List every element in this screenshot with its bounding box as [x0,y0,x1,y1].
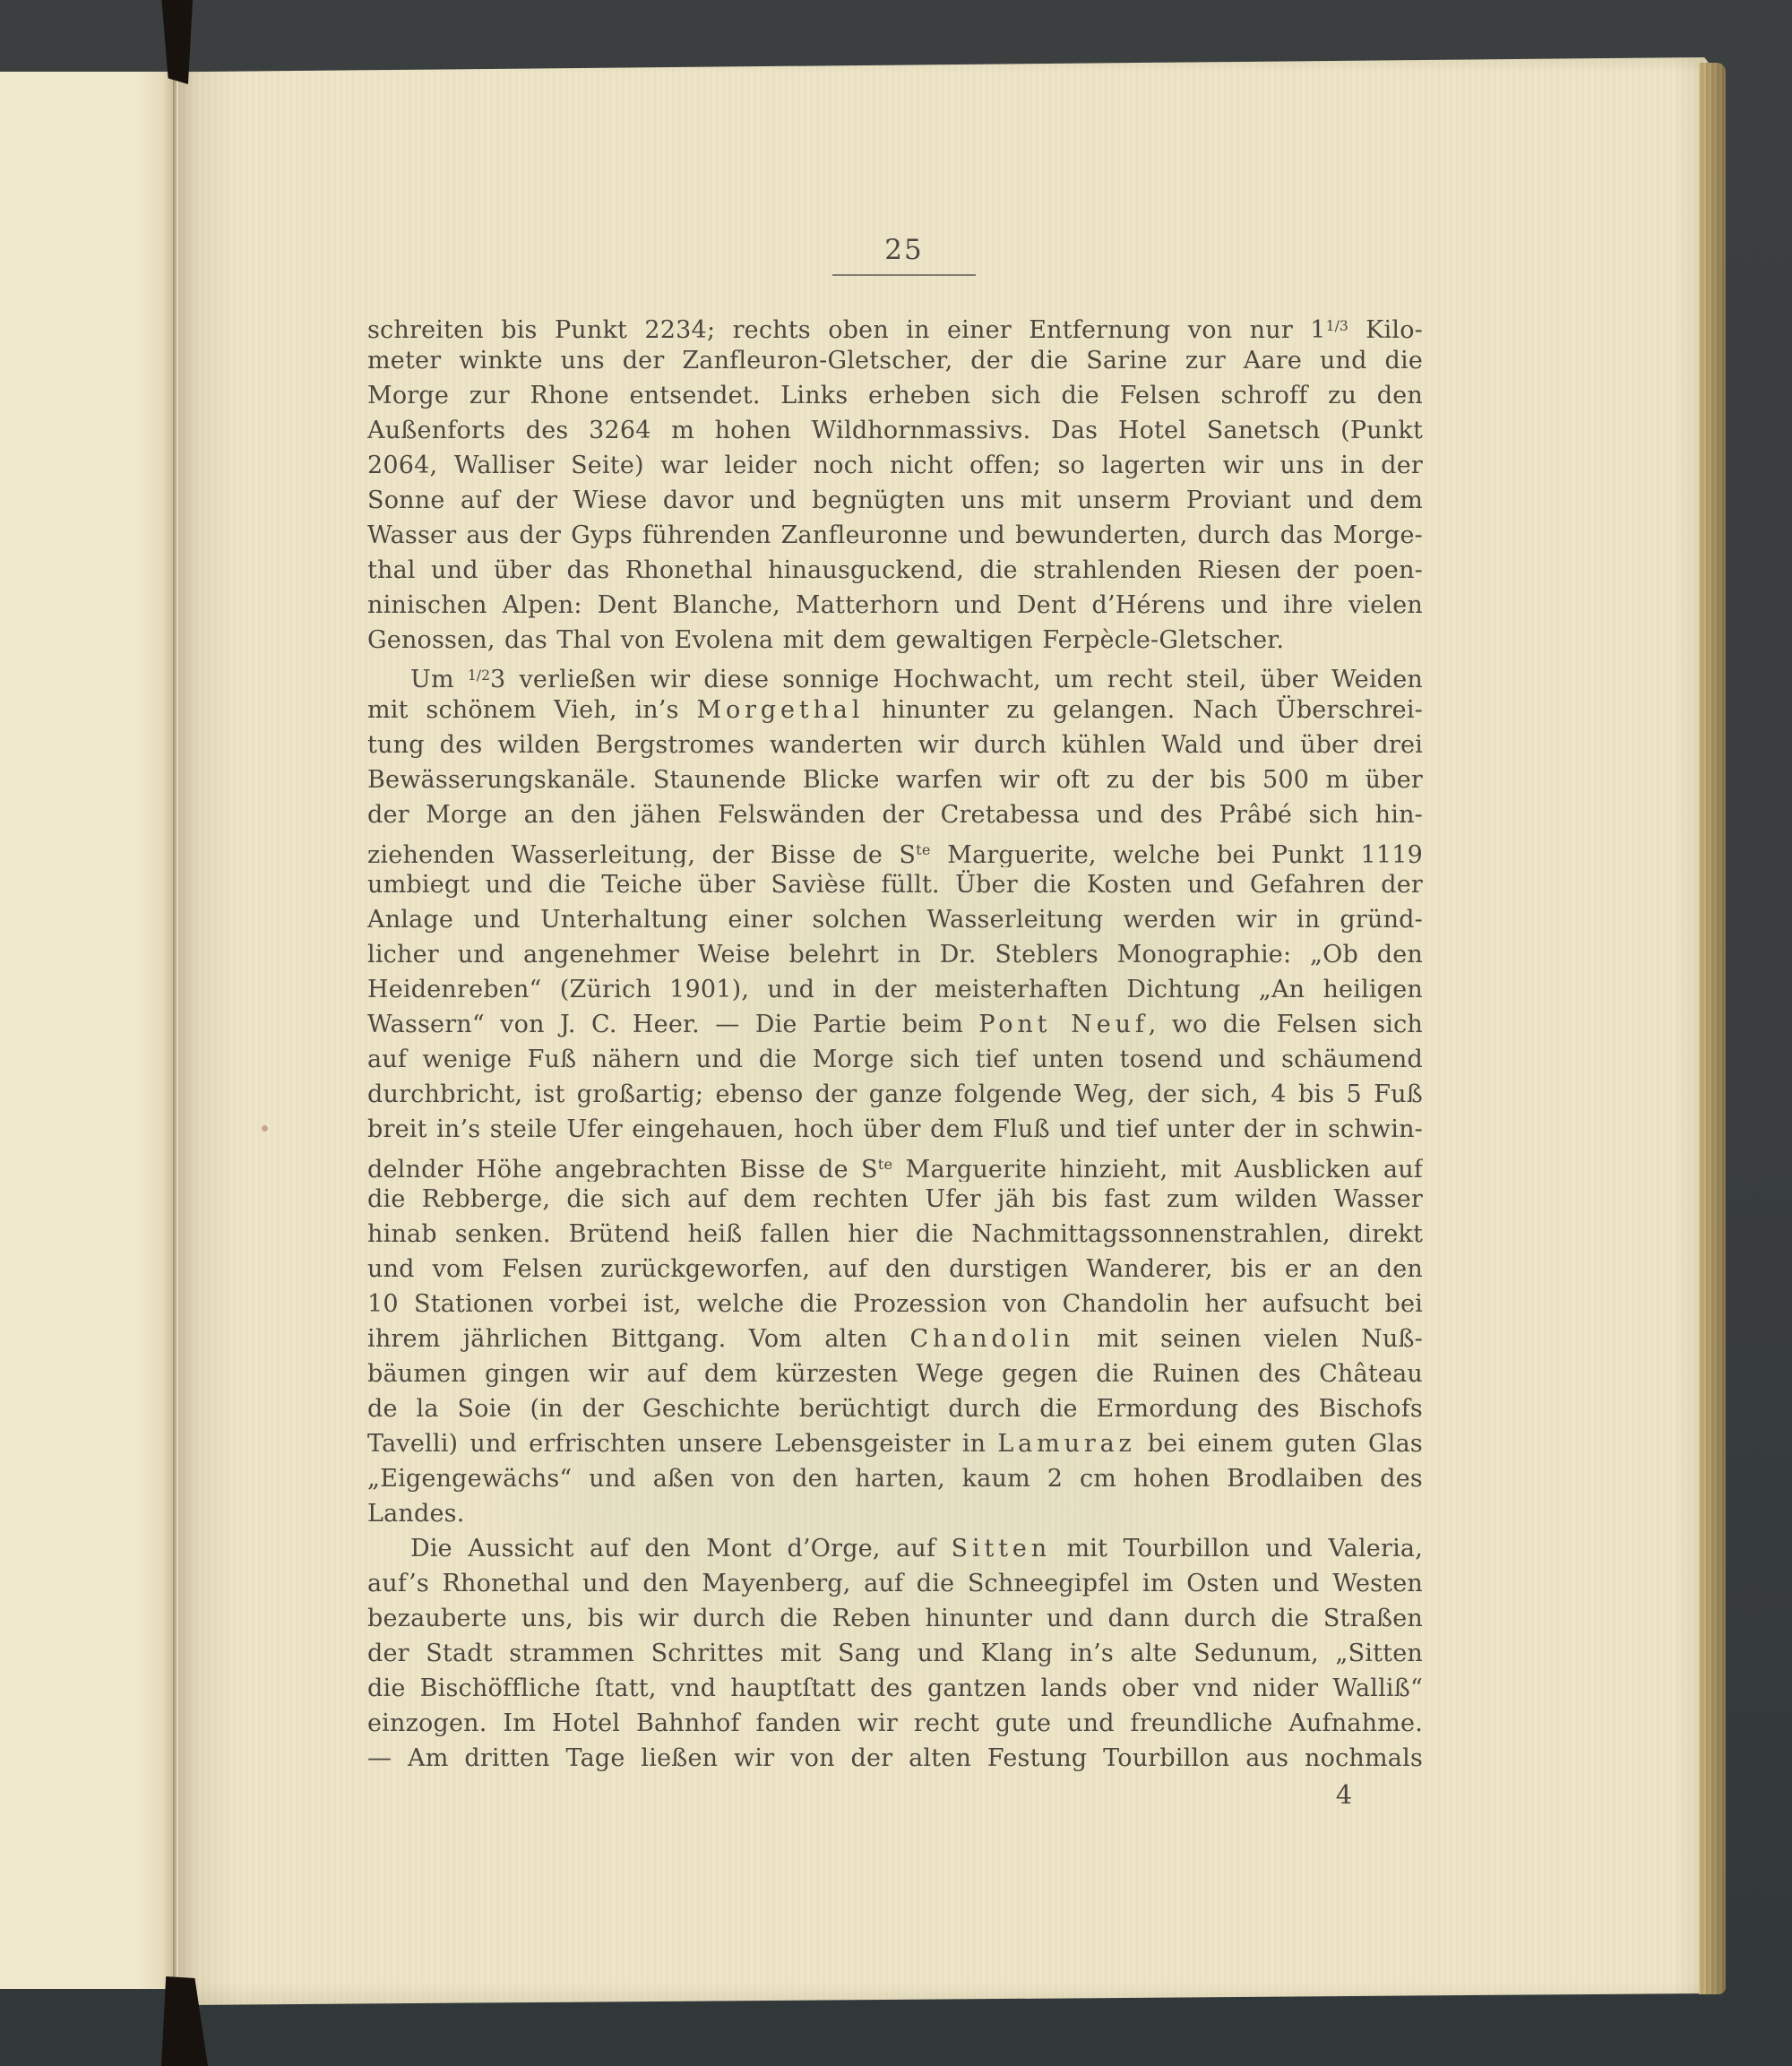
text-segment: Kilo- [1348,316,1423,343]
text-segment: Wassern“ von J. C. Heer. — Die Partie be… [367,1011,978,1038]
signature-mark: 4 [1330,1779,1358,1810]
text-segment: mit schönem Vieh, in’s [367,696,696,724]
text-segment: meter winkte uns der Zanfleuron-Gletsche… [367,347,1423,374]
text-line: de la Soie (in der Geschichte berüchtigt… [367,1391,1423,1426]
text-segment: ziehenden Wasserleitung, der Bisse de S [367,841,916,867]
text-segment: bezauberte uns, bis wir durch die Reben … [367,1605,1423,1632]
text-line: „Eigengewächs“ und aßen von den harten, … [367,1461,1423,1496]
text-line: Die Aussicht auf den Mont d’Orge, auf Si… [367,1531,1423,1566]
text-line: die Rebberge, die sich auf dem rechten U… [367,1182,1423,1217]
text-line: — Am dritten Tage ließen wir von der alt… [367,1741,1423,1776]
spaced-word: Chandolin [910,1325,1074,1353]
text-segment: te [916,841,931,858]
spaced-word: Lamuraz [997,1430,1135,1458]
text-line: auf’s Rhonethal und den Mayenberg, auf d… [367,1566,1423,1601]
text-segment: thal und über das Rhonethal hinausgucken… [367,556,1423,584]
spaced-word: Pont Neuf [978,1011,1148,1038]
spaced-word: Sitten [952,1535,1051,1562]
text-line: einzogen. Im Hotel Bahnhof fanden wir re… [367,1706,1423,1741]
text-line: thal und über das Rhonethal hinausgucken… [367,553,1423,588]
text-segment: der Morge an den jähen Felswänden der Cr… [367,801,1423,829]
text-line: meter winkte uns der Zanfleuron-Gletsche… [367,343,1423,378]
text-line: delnder Höhe angebrachten Bisse de Ste M… [367,1147,1423,1182]
text-segment: 10 Stationen vorbei ist, welche die Proz… [367,1290,1423,1318]
text-segment: mit Tourbillon und Valeria, [1051,1535,1423,1562]
text-line: auf wenige Fuß nähern und die Morge sich… [367,1042,1423,1077]
text-segment: de la Soie (in der Geschichte berüchtigt… [367,1395,1423,1423]
text-segment: te [878,1156,893,1173]
text-segment: Tavelli) und erfrischten unsere Lebensge… [367,1430,997,1458]
text-segment: bäumen gingen wir auf dem kürzesten Wege… [367,1360,1423,1388]
text-segment: ihrem jährlichen Bittgang. Vom alten [367,1325,910,1353]
text-segment: Marguerite, welche bei Punkt 1119 [931,841,1423,867]
text-line: der Morge an den jähen Felswänden der Cr… [367,797,1423,832]
text-line: Genossen, das Thal von Evolena mit dem g… [367,623,1423,658]
text-line: Um 1/23 verließen wir diese sonnige Hoch… [367,658,1423,693]
text-line: licher und angenehmer Weise belehrt in D… [367,937,1423,972]
text-line: breit in’s steile Ufer eingehauen, hoch … [367,1112,1423,1147]
text-segment: Sonne auf der Wiese davor und begnügten … [367,486,1423,514]
text-segment: tung des wilden Bergstromes wanderten wi… [367,731,1423,759]
book-scan: 25 schreiten bis Punkt 2234; rechts oben… [0,0,1792,2066]
text-segment: umbiegt und die Teiche über Savièse füll… [367,871,1423,899]
text-segment: licher und angenehmer Weise belehrt in D… [367,941,1423,968]
text-segment: „Eigengewächs“ und aßen von den harten, … [367,1465,1423,1493]
text-line: ninischen Alpen: Dent Blanche, Matterhor… [367,588,1423,623]
text-line: Tavelli) und erfrischten unsere Lebensge… [367,1426,1423,1461]
text-segment: hinab senken. Brütend heiß fallen hier d… [367,1220,1423,1248]
text-line: und vom Felsen zurückgeworfen, auf den d… [367,1252,1423,1287]
text-segment: Landes. [367,1500,465,1528]
gutter-crease [173,57,178,2005]
text-segment: einzogen. Im Hotel Bahnhof fanden wir re… [367,1709,1423,1737]
text-segment: die Rebberge, die sich auf dem rechten U… [367,1185,1423,1213]
text-line: ihrem jährlichen Bittgang. Vom alten Cha… [367,1321,1423,1356]
text-segment: Um [410,666,468,693]
text-segment: Wasser aus der Gyps führenden Zanfleuron… [367,521,1423,549]
text-line: Landes. [367,1496,1423,1531]
facing-page-edge [0,72,177,1989]
text-segment: schreiten bis Punkt 2234; rechts oben in… [367,316,1326,343]
text-line: hinab senken. Brütend heiß fallen hier d… [367,1217,1423,1252]
paper-speck [262,1125,268,1132]
text-segment: delnder Höhe angebrachten Bisse de S [367,1156,878,1182]
spaced-word: Morgethal [696,696,864,724]
text-segment: bei einem guten Glas [1136,1430,1423,1458]
text-segment: auf wenige Fuß nähern und die Morge sich… [367,1046,1423,1073]
text-line: 10 Stationen vorbei ist, welche die Proz… [367,1287,1423,1321]
text-line: bäumen gingen wir auf dem kürzesten Wege… [367,1356,1423,1391]
text-segment: 3 verließen wir diese sonnige Hochwacht,… [490,666,1423,693]
text-block: schreiten bis Punkt 2234; rechts oben in… [367,308,1423,1776]
text-line: bezauberte uns, bis wir durch die Reben … [367,1601,1423,1636]
text-segment: 1/3 [1326,317,1348,334]
page-number-rule [832,274,976,276]
text-line: mit schönem Vieh, in’s Morgethal hinunte… [367,693,1423,727]
text-line: 2064, Walliser Seite) war leider noch ni… [367,448,1423,483]
text-segment: — Am dritten Tage ließen wir von der alt… [367,1744,1423,1772]
text-segment: die Bischöffliche ſtatt, vnd hauptſtatt … [367,1674,1423,1702]
text-segment: der Stadt strammen Schrittes mit Sang un… [367,1640,1423,1667]
text-segment: , wo die Felsen sich [1149,1011,1423,1038]
text-line: umbiegt und die Teiche über Savièse füll… [367,867,1423,902]
text-segment: Heidenreben“ (Zürich 1901), und in der m… [367,976,1423,1003]
text-line: ziehenden Wasserleitung, der Bisse de St… [367,832,1423,867]
text-segment: Bewässerungskanäle. Staunende Blicke war… [367,766,1423,794]
text-segment: ninischen Alpen: Dent Blanche, Matterhor… [367,591,1423,619]
text-line: Außenforts des 3264 m hohen Wildhornmass… [367,413,1423,448]
text-segment: Marguerite hinzieht, mit Ausblicken auf [892,1156,1423,1182]
text-segment: Außenforts des 3264 m hohen Wildhornmass… [367,417,1423,444]
text-segment: breit in’s steile Ufer eingehauen, hoch … [367,1115,1423,1143]
text-line: Anlage und Unterhaltung einer solchen Wa… [367,902,1423,937]
text-segment: Genossen, das Thal von Evolena mit dem g… [367,626,1284,654]
text-line: die Bischöffliche ſtatt, vnd hauptſtatt … [367,1671,1423,1706]
text-segment: auf’s Rhonethal und den Mayenberg, auf d… [367,1570,1423,1597]
text-line: der Stadt strammen Schrittes mit Sang un… [367,1636,1423,1671]
text-line: Heidenreben“ (Zürich 1901), und in der m… [367,972,1423,1007]
text-line: Wassern“ von J. C. Heer. — Die Partie be… [367,1007,1423,1042]
text-line: Morge zur Rhone entsendet. Links erheben… [367,378,1423,413]
text-segment: 1/2 [468,667,490,684]
text-line: schreiten bis Punkt 2234; rechts oben in… [367,308,1423,343]
page-stack-edge [1699,63,1726,1994]
text-segment: mit seinen vielen Nuß- [1074,1325,1423,1353]
text-segment: Morge zur Rhone entsendet. Links erheben… [367,382,1423,409]
text-segment: durchbricht, ist großartig; ebenso der g… [367,1080,1423,1108]
text-segment: und vom Felsen zurückgeworfen, auf den d… [367,1255,1423,1283]
text-line: Bewässerungskanäle. Staunende Blicke war… [367,762,1423,797]
page-number: 25 [837,234,971,266]
text-segment: Die Aussicht auf den Mont d’Orge, auf [410,1535,952,1562]
text-segment: 2064, Walliser Seite) war leider noch ni… [367,452,1423,479]
text-segment: Anlage und Unterhaltung einer solchen Wa… [367,906,1423,934]
text-line: tung des wilden Bergstromes wanderten wi… [367,727,1423,762]
text-line: durchbricht, ist großartig; ebenso der g… [367,1077,1423,1112]
text-line: Wasser aus der Gyps führenden Zanfleuron… [367,518,1423,553]
text-line: Sonne auf der Wiese davor und begnügten … [367,483,1423,518]
text-segment: hinunter zu gelangen. Nach Überschrei- [864,696,1423,724]
